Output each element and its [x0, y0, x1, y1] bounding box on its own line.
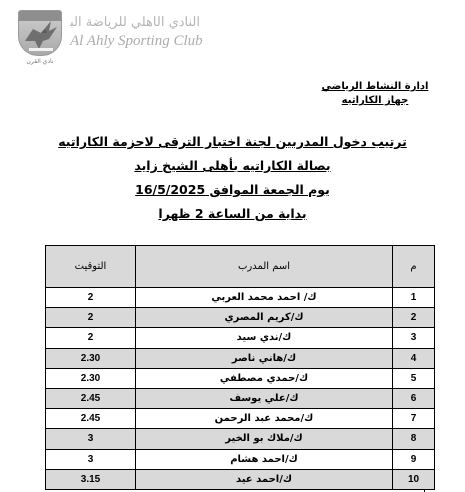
club-name-english: Al Ahly Sporting Club [70, 33, 203, 50]
club-logo [18, 10, 62, 56]
entry-time: 2.45 [46, 409, 136, 429]
row-number: 3 [393, 328, 435, 348]
header-number: م [393, 246, 435, 288]
entry-time: 2.30 [46, 348, 136, 368]
logo-caption: نادي القرن [14, 58, 66, 65]
trainer-name: ك/ملاك بو الخير [136, 429, 393, 449]
table-header-row: م اسم المدرب التوقيت [46, 246, 435, 288]
department-line-2: جهاز الكاراتيه [315, 94, 435, 108]
entry-time: 3 [46, 429, 136, 449]
title-date: يوم الجمعة الموافق 16/5/2025 [0, 178, 465, 202]
department-header: ادارة النشاط الرياضي جهاز الكاراتيه [315, 80, 435, 108]
title-start-time: بداية من الساعة 2 ظهرا [0, 202, 465, 226]
trainer-name: ك/هاني ناصر [136, 348, 393, 368]
document-page: نادي القرن النادي الأهلي للرياضة البدنية… [0, 0, 465, 492]
entry-time: 2 [46, 288, 136, 308]
club-name-arabic: النادي الأهلي للرياضة البدنية [70, 15, 200, 30]
row-number: 8 [393, 429, 435, 449]
row-number: 1 [393, 288, 435, 308]
table-row: 9 ك/احمد هشام 3 [46, 449, 435, 469]
table-row: 2 ك/كريم المصري 2 [46, 308, 435, 328]
title-main: ترتيب دخول المدربين لجنة اختبار الترقى ل… [0, 130, 465, 154]
trainer-name: ك/علي يوسف [136, 388, 393, 408]
department-line-1: ادارة النشاط الرياضي [315, 80, 435, 94]
table-row: 1 ك/ احمد محمد العربي 2 [46, 288, 435, 308]
row-number: 4 [393, 348, 435, 368]
entry-time: 2.45 [46, 388, 136, 408]
trainers-schedule-table: م اسم المدرب التوقيت 1 ك/ احمد محمد العر… [45, 245, 435, 490]
trainer-name: ك/حمدي مصطفي [136, 368, 393, 388]
eagle-icon [19, 11, 62, 56]
table-row: 8 ك/ملاك بو الخير 3 [46, 429, 435, 449]
trainer-name: ك/احمد عيد [136, 469, 393, 489]
table-row: 3 ك/ندي سيد 2 [46, 328, 435, 348]
trainer-name: ك/كريم المصري [136, 308, 393, 328]
table-row: 4 ك/هاني ناصر 2.30 [46, 348, 435, 368]
trainer-name: ك/احمد هشام [136, 449, 393, 469]
entry-time: 2 [46, 328, 136, 348]
entry-time: 2 [46, 308, 136, 328]
header-time: التوقيت [46, 246, 136, 288]
trainer-name: ك/ندي سيد [136, 328, 393, 348]
entry-time: 3 [46, 449, 136, 469]
row-number: 2 [393, 308, 435, 328]
row-number: 5 [393, 368, 435, 388]
title-venue: بصالة الكاراتيه بأهلى الشيخ زايد [0, 154, 465, 178]
trainer-name: ك/محمد عبد الرحمن [136, 409, 393, 429]
row-number: 6 [393, 388, 435, 408]
table-row: 6 ك/علي يوسف 2.45 [46, 388, 435, 408]
entry-time: 2.30 [46, 368, 136, 388]
row-number: 10 [393, 469, 435, 489]
row-number: 7 [393, 409, 435, 429]
row-number: 9 [393, 449, 435, 469]
document-titles: ترتيب دخول المدربين لجنة اختبار الترقى ل… [0, 130, 465, 226]
table-row: 5 ك/حمدي مصطفي 2.30 [46, 368, 435, 388]
entry-time: 3.15 [46, 469, 136, 489]
table-row: 10 ك/احمد عيد 3.15 [46, 469, 435, 489]
trainer-name: ك/ احمد محمد العربي [136, 288, 393, 308]
header-trainer-name: اسم المدرب [136, 246, 393, 288]
table-row: 7 ك/محمد عبد الرحمن 2.45 [46, 409, 435, 429]
